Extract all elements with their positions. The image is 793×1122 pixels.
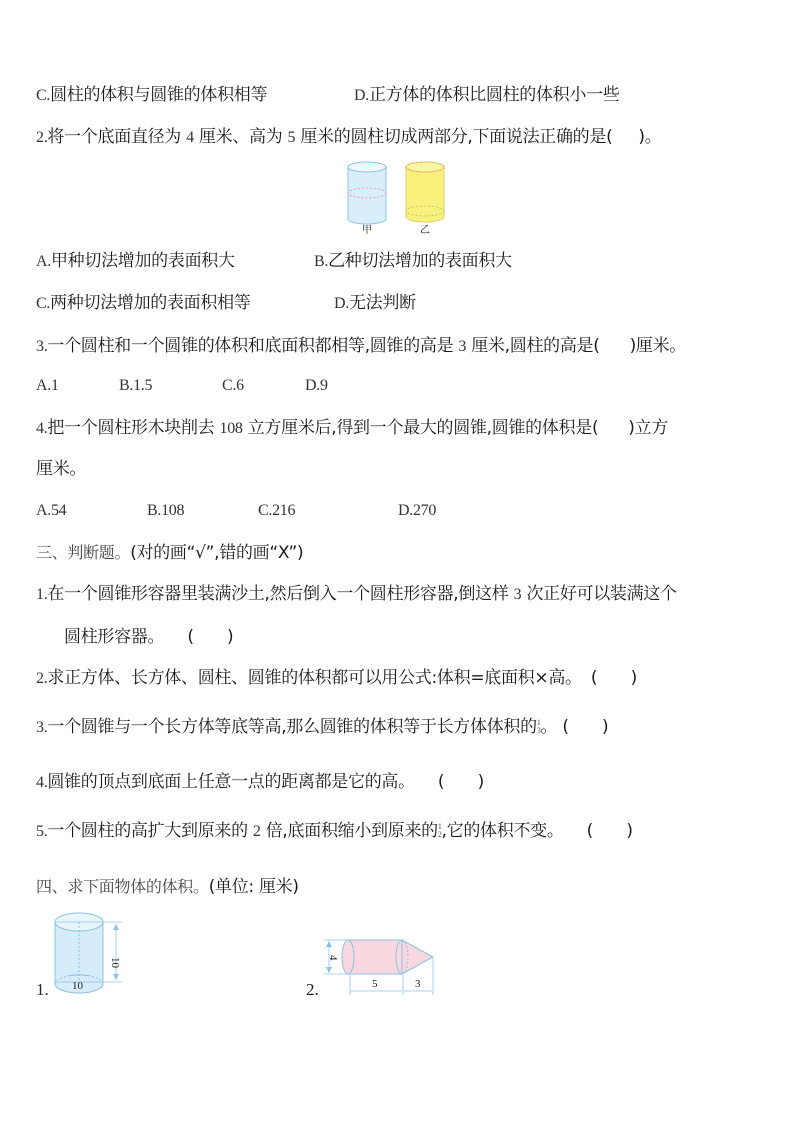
figure-1-label: 1. — [36, 980, 49, 1000]
option-b: B.1.5 — [119, 374, 152, 397]
cylinder-figure: 10 10 — [50, 910, 130, 1000]
question-3: 3.一个圆柱和一个圆锥的体积和底面积都相等,圆锥的高是 3 厘米,圆柱的高是()… — [36, 335, 686, 358]
option-b: B.乙种切法增加的表面积大 — [314, 250, 512, 273]
option-a: A.甲种切法增加的表面积大 — [36, 250, 235, 273]
diameter-label: 4 — [327, 955, 339, 961]
cylinder-length-label: 5 — [372, 978, 378, 990]
section-4-heading: 四、求下面物体的体积。(单位: 厘米) — [36, 876, 299, 898]
cylinder-jia — [348, 162, 386, 224]
figure-2-label: 2. — [306, 980, 319, 1000]
label-yi: 乙 — [420, 224, 430, 236]
option-c: C.6 — [222, 374, 244, 397]
judge-item-3: 3.一个圆锥与一个长方体等底等高,那么圆锥的体积等于长方体体积的13。 ( ) — [36, 716, 608, 739]
option-b: B.108 — [147, 499, 184, 522]
option-c: C.两种切法增加的表面积相等 — [36, 292, 250, 315]
judge-item-1: 1.在一个圆锥形容器里装满沙土,然后倒入一个圆柱形容器,倒这样 3 次正好可以装… — [36, 583, 677, 606]
diameter-label: 10 — [72, 980, 84, 992]
answer-paren[interactable]: ( ) — [591, 668, 637, 688]
section-3-heading: 三、判断题。(对的画“√”,错的画“X”) — [36, 542, 303, 564]
answer-paren[interactable]: ( ) — [587, 821, 633, 841]
option-d: D.正方体的体积比圆柱的体积小一些 — [354, 84, 619, 107]
answer-paren[interactable]: ( ) — [438, 772, 484, 792]
judge-item-1-line2: 圆柱形容器。 ( ) — [64, 626, 233, 648]
question-2: 2.将一个底面直径为 4 厘米、高为 5 厘米的圆柱切成两部分,下面说法正确的是… — [36, 126, 661, 149]
judge-item-4: 4.圆锥的顶点到底面上任意一点的距离都是它的高。 ( ) — [36, 771, 484, 794]
cone-length-label: 3 — [415, 978, 421, 990]
option-d: D.9 — [305, 374, 328, 397]
cylinders-figure: 甲 乙 — [340, 160, 450, 236]
option-d: D.270 — [398, 499, 436, 522]
option-c: C.圆柱的体积与圆锥的体积相等 — [36, 84, 267, 107]
question-4: 4.把一个圆柱形木块削去 108 立方厘米后,得到一个最大的圆锥,圆锥的体积是(… — [36, 417, 668, 440]
judge-item-5: 5.一个圆柱的高扩大到原来的 2 倍,底面积缩小到原来的12,它的体积不变。 (… — [36, 820, 633, 843]
option-d: D.无法判断 — [334, 292, 416, 315]
option-c: C.216 — [258, 499, 295, 522]
judge-item-2: 2.求正方体、长方体、圆柱、圆锥的体积都可以用公式:体积=底面积×高。 ( ) — [36, 667, 637, 690]
option-a: A.54 — [36, 499, 66, 522]
answer-paren[interactable]: ( ) — [187, 627, 233, 647]
cylinder-cone-figure: 4 5 3 — [320, 935, 440, 1000]
option-a: A.1 — [36, 374, 59, 397]
label-jia: 甲 — [362, 224, 372, 236]
answer-paren[interactable]: ( ) — [562, 717, 608, 737]
question-4-line2: 厘米。 — [36, 458, 86, 480]
height-label: 10 — [109, 957, 121, 969]
cylinder-yi — [406, 162, 444, 222]
